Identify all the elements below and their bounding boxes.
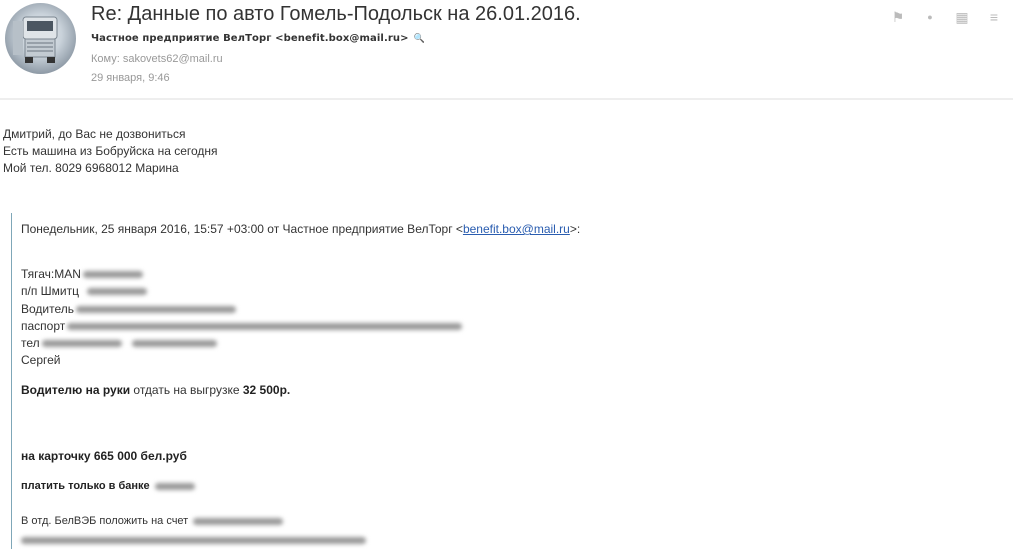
body-line: Мой тел. 8029 6968012 Марина [3,160,218,177]
redacted [76,306,236,313]
account-line: В отд. БелВЭБ положить на счет [21,515,283,527]
body-line: Есть машина из Бобруйска на сегодня [3,143,218,160]
card-amount: на карточку 665 000 бел.руб [21,449,187,463]
passport-line: паспорт [21,319,462,333]
cash-text: отдать на выгрузке [130,383,243,397]
cash-line: Водителю на руки отдать на выгрузке 32 5… [21,383,290,397]
sender-avatar[interactable] [5,3,76,74]
dot-icon[interactable]: ● [914,8,946,26]
redacted [42,340,122,347]
redacted [193,518,283,525]
tractor-label: Тягач:MAN [21,267,81,281]
phone-label: тел [21,336,40,350]
redacted-line [21,533,366,547]
redacted [155,483,195,490]
recipient: Кому: sakovets62@mail.ru [91,53,223,65]
trailer-label: п/п Шмитц [21,284,79,298]
body-line: Дмитрий, до Вас не дозвониться [3,126,218,143]
bank-line: платить только в банке [21,480,195,492]
driver-label: Водитель [21,302,74,316]
quote-intro: Понедельник, 25 января 2016, 15:57 +03:0… [21,222,580,236]
driver-line: Водитель [21,302,236,316]
header-divider [0,98,1013,100]
cash-amount: 32 500р. [243,383,290,397]
email-date: 29 января, 9:46 [91,72,170,84]
tractor-line: Тягач:MAN [21,267,143,281]
quote-intro-text: Понедельник, 25 января 2016, 15:57 +03:0… [21,222,463,236]
cash-label: Водителю на руки [21,383,130,397]
menu-icon[interactable]: ≡ [978,8,1010,26]
phone-line: тел [21,336,217,350]
bank-only-label: платить только в банке [21,480,150,492]
email-toolbar: ⚑ ● ▦ ≡ [882,8,1010,26]
bookmark-icon[interactable]: ⚑ [882,8,914,26]
calendar-icon[interactable]: ▦ [946,8,978,26]
truck-avatar-icon [5,3,76,74]
redacted [132,340,217,347]
sender-name[interactable]: Частное предприятие ВелТорг <benefit.box… [91,33,409,44]
card-line: на карточку 665 000 бел.руб [21,449,187,463]
quote-intro-suffix: >: [570,222,580,236]
message-body: Дмитрий, до Вас не дозвониться Есть маши… [3,126,218,177]
quoted-message: Понедельник, 25 января 2016, 15:57 +03:0… [11,213,1021,549]
search-icon[interactable]: 🔍 [414,34,425,44]
trailer-line: п/п Шмитц [21,284,147,298]
sender-email-link[interactable]: benefit.box@mail.ru [463,222,570,236]
redacted [83,271,143,278]
passport-label: паспорт [21,319,65,333]
sender[interactable]: Частное предприятие ВелТорг <benefit.box… [91,33,425,44]
redacted [21,537,366,544]
redacted [87,288,147,295]
redacted [67,323,462,330]
email-subject: Re: Данные по авто Гомель-Подольск на 26… [91,3,581,26]
account-label: В отд. БелВЭБ положить на счет [21,515,188,527]
name-line: Сергей [21,353,61,367]
